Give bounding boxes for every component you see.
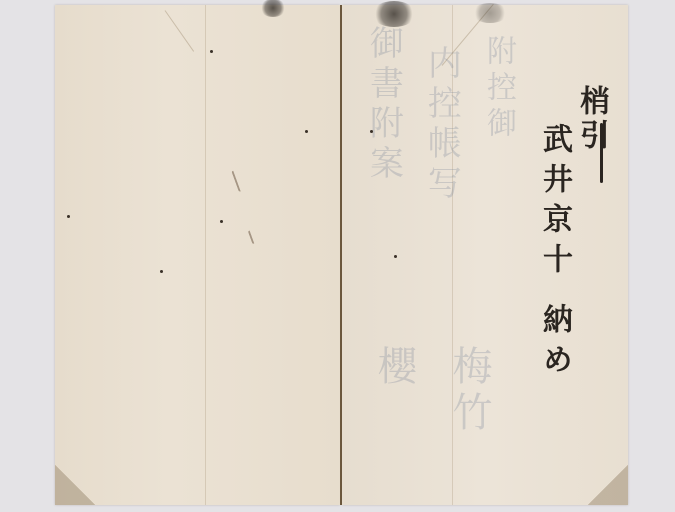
bleed-through-text: 梅竹 [447,345,491,437]
worn-corner [588,465,628,505]
paper-speck [220,220,223,223]
worn-corner [55,465,95,505]
paper-fiber [231,170,242,192]
paper-fiber [248,230,257,245]
paper-speck [67,215,70,218]
bleed-through-text: 内控帳写 [422,45,459,205]
paper-speck [160,270,163,273]
corner-crease [165,10,194,52]
ink-seal-mark [472,3,508,23]
ink-seal-mark [372,1,416,27]
ink-stain [260,0,286,17]
ink-stroke [600,123,603,183]
handwritten-author: 武井京十 納め [532,123,576,383]
paper-speck [305,130,308,133]
left-page-fold [205,5,206,505]
paper-speck [370,130,373,133]
left-page [55,5,340,505]
paper-speck [394,255,397,258]
bleed-through-text: 櫻 [372,345,416,391]
right-page: 御書附案 内控帳写 附控御 櫻 梅竹 梢引 武井京十 納め [342,5,628,505]
bleed-through-text: 御書附案 [364,25,401,185]
bleed-through-text: 附控御 [482,35,515,143]
paper-speck [210,50,213,53]
